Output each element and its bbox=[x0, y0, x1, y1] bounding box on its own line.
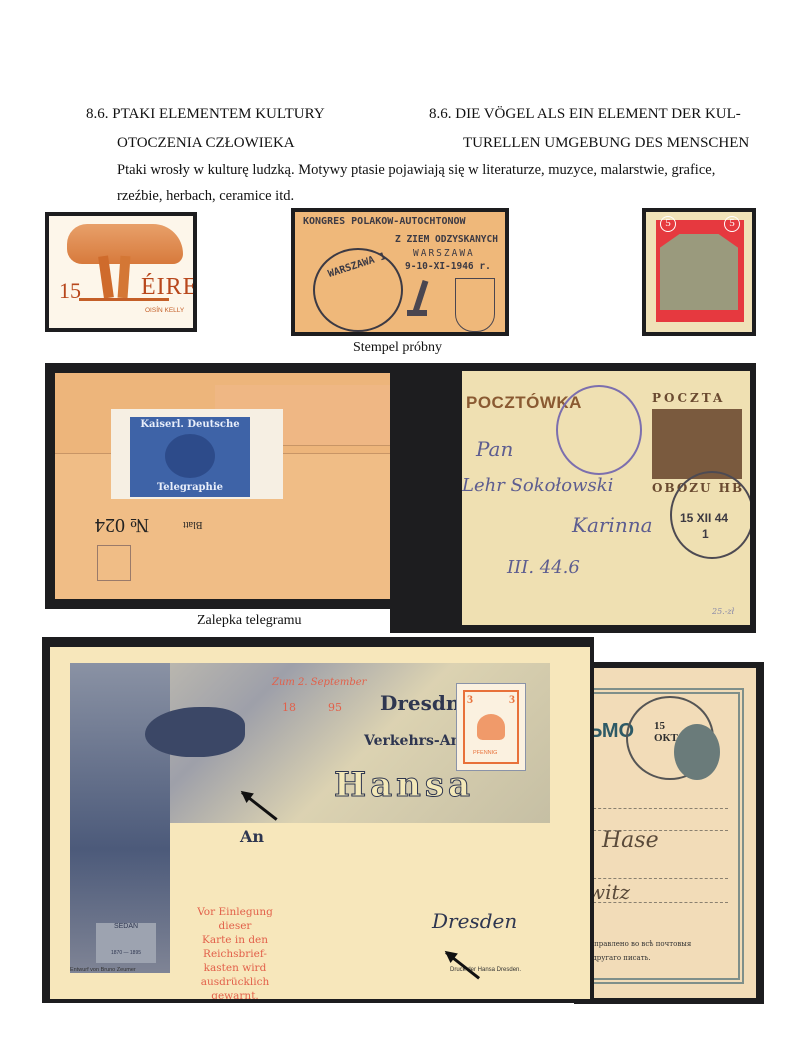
congress-cancel-mount: KONGRES POLAKOW-AUTOCHTONOW Z ZIEM ODZYS… bbox=[291, 208, 509, 336]
telegram-number: № 024 bbox=[95, 513, 149, 536]
beehive-icon bbox=[477, 714, 505, 740]
stamp-country: ÉIRE bbox=[141, 274, 193, 301]
warning-text: Vor Einlegung dieser Karte in den Reichs… bbox=[180, 905, 290, 999]
indicium-stamp bbox=[674, 724, 720, 780]
hansa-stamp: 3 3 PFENNIG bbox=[456, 683, 526, 771]
eagle-icon bbox=[165, 434, 215, 478]
heading-german-line1: 8.6. DIE VÖGEL ALS EIN ELEMENT DER KUL- bbox=[429, 106, 741, 123]
eagle-icon bbox=[145, 707, 245, 757]
hansa-card-mount: Zum 2. September 18 95 Dresdner Verkehrs… bbox=[42, 637, 594, 1003]
heading-polish-line2: OTOCZENIA CZŁOWIEKA bbox=[117, 135, 295, 152]
heading-german-line2: TURELLEN UMGEBUNG DES MENSCHEN bbox=[463, 135, 749, 152]
telegraphie-stamp: Kaiserl. Deutsche Telegraphie bbox=[130, 417, 250, 497]
arrow-pointer-eagle-watermark bbox=[445, 951, 480, 979]
pocztowka-card: POCZTÓWKA POCZTA OBOZU HB 15 XII 44 1 Pa… bbox=[462, 371, 750, 625]
eagle-shield-icon bbox=[455, 278, 495, 332]
eire-stamp-mount: 15 ÉIRE OISÍN KELLY bbox=[45, 212, 197, 332]
indicium-stamp bbox=[652, 409, 742, 479]
pocztowka-mount: POCZTÓWKA POCZTA OBOZU HB 15 XII 44 1 Pa… bbox=[390, 363, 756, 633]
eire-stamp: 15 ÉIRE OISÍN KELLY bbox=[49, 216, 193, 328]
stamp-value: 15 bbox=[59, 278, 81, 304]
city-dresden: Dresden bbox=[432, 909, 517, 933]
red-stamp: 5 5 bbox=[646, 212, 752, 332]
intro-line2: rzeźbie, herbach, ceramice itd. bbox=[117, 188, 294, 205]
congress-cancel: KONGRES POLAKOW-AUTOCHTONOW Z ZIEM ODZYS… bbox=[295, 212, 505, 332]
russian-postcard: ЬМО 15 ОКТ Hase witz отправлено во всѣ п… bbox=[578, 668, 756, 998]
heading-polish-line1: 8.6. PTAKI ELEMENTEM KULTURY bbox=[86, 106, 325, 123]
monument-illustration bbox=[660, 234, 738, 310]
monument-plaque: SEDAN 1870 — 1895 bbox=[96, 923, 156, 963]
an-label: An bbox=[240, 827, 264, 846]
red-stamp-mount: 5 5 bbox=[642, 208, 756, 336]
caption-stempel: Stempel próbny bbox=[353, 340, 442, 356]
stamp-artist: OISÍN KELLY bbox=[145, 307, 184, 314]
caption-zalepka: Zalepka telegramu bbox=[197, 613, 302, 629]
violet-cancel bbox=[556, 385, 642, 475]
russian-card-mount: ЬМО 15 ОКТ Hase witz отправлено во всѣ п… bbox=[574, 662, 764, 1004]
hansa-postcard: Zum 2. September 18 95 Dresdner Verkehrs… bbox=[50, 647, 590, 999]
intro-line1: Ptaki wrosły w kulturę ludzką. Motywy pt… bbox=[117, 162, 715, 179]
